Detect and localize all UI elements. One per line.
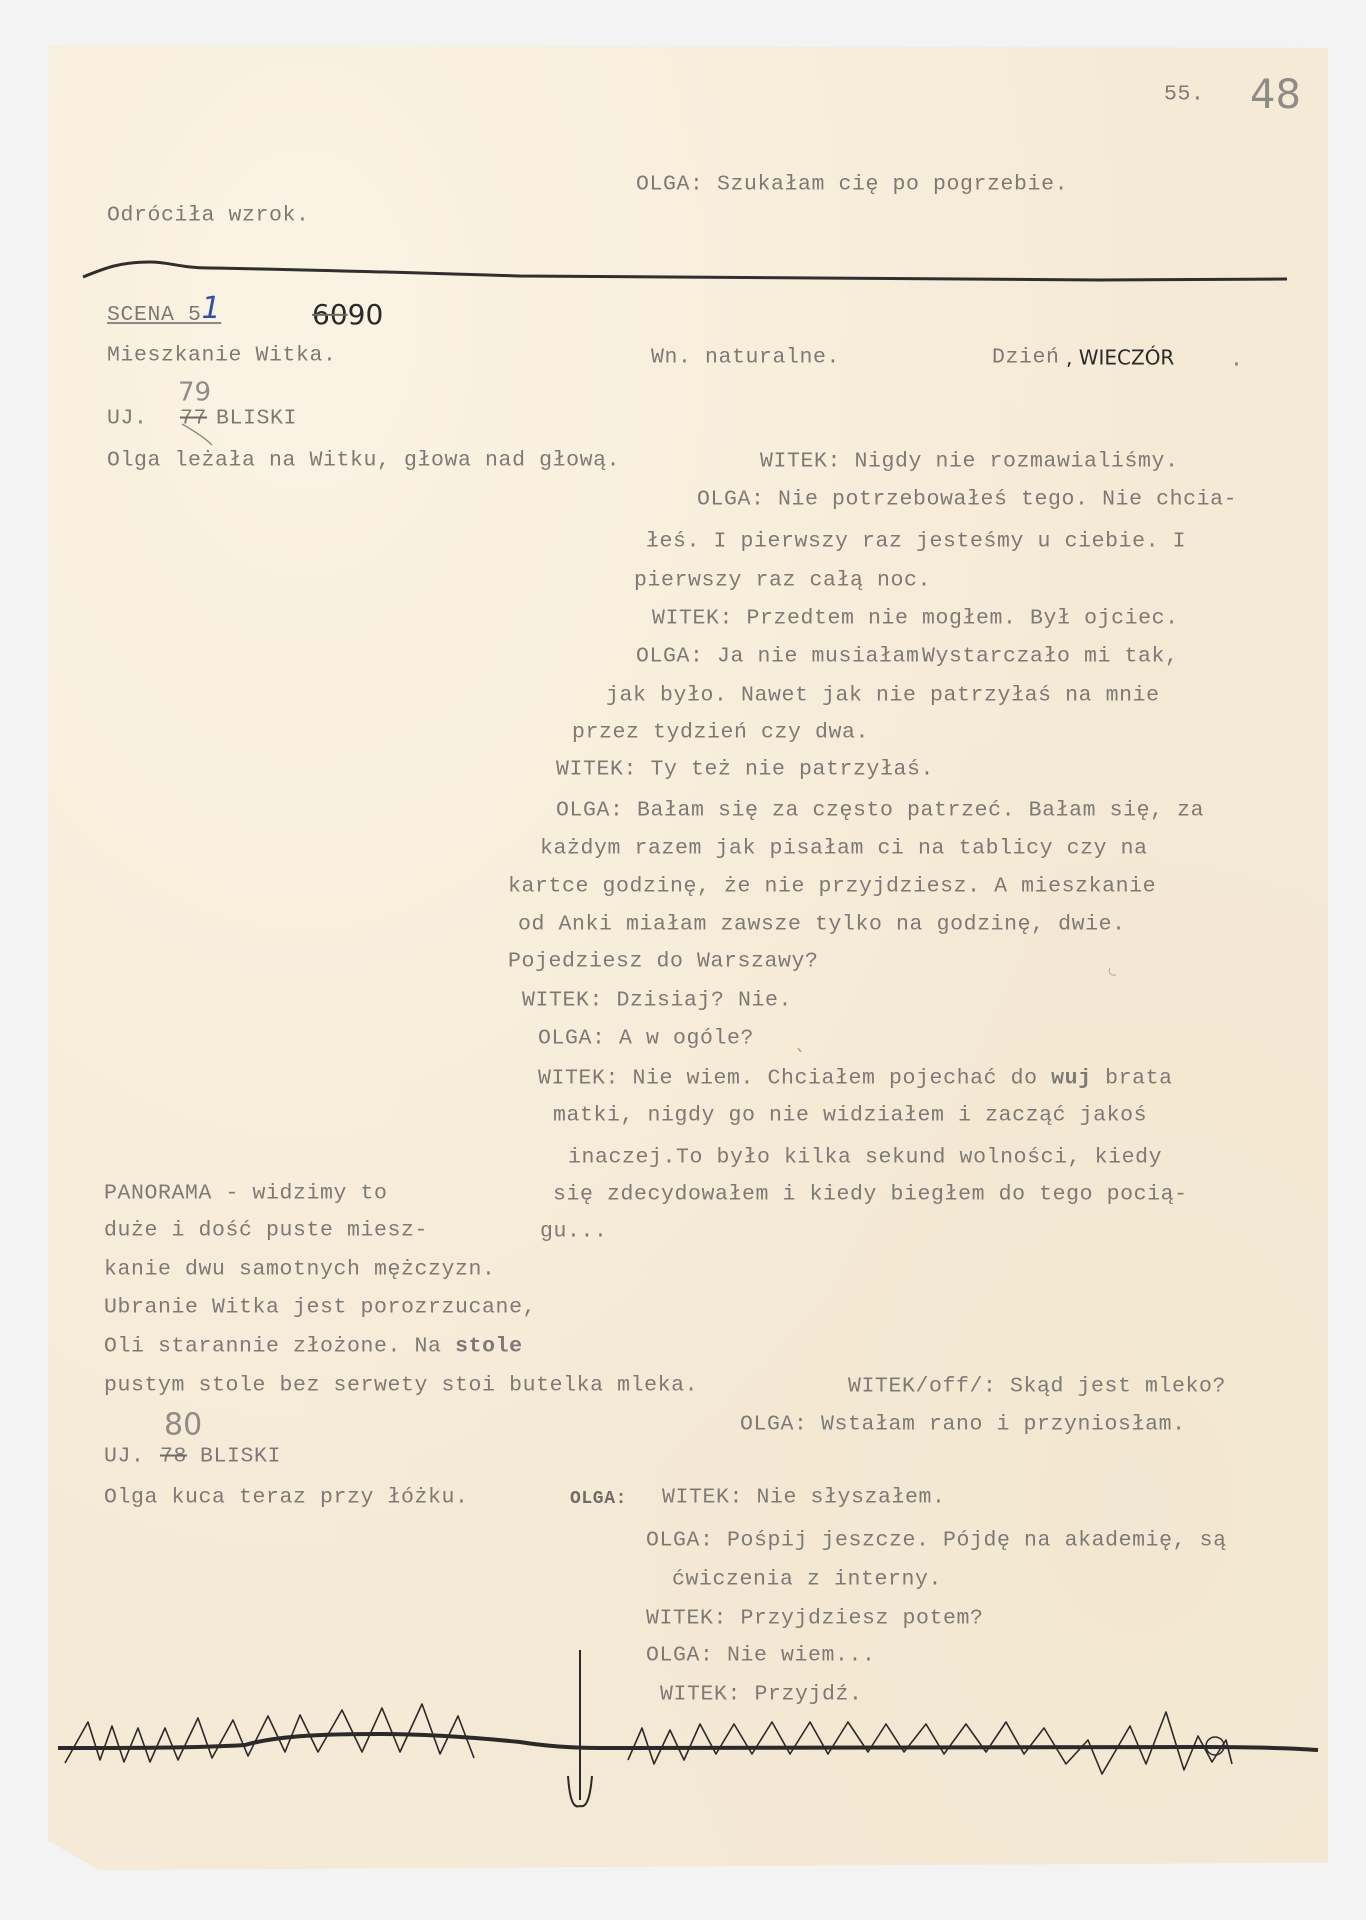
shot2-action: Olga kuca teraz przy łóżku.	[104, 1488, 469, 1510]
panorama-line: pustym stole bez serwety stoi butelka ml…	[104, 1376, 698, 1398]
shot1-number-crossed: 77	[180, 409, 207, 431]
dialogue-line: OLGA: Wstałam rano i przyniosłam.	[740, 1415, 1186, 1437]
struck-word: stole	[455, 1335, 523, 1359]
dialogue-line: OLGA: Nie wiem...	[646, 1646, 876, 1668]
scene-location: Mieszkanie Witka.	[107, 346, 337, 368]
typed-page-number: 55.	[1164, 85, 1205, 107]
dialogue-line: kartce godzinę, że nie przyjdziesz. A mi…	[508, 877, 1156, 899]
struck-speaker: OLGA:	[570, 1490, 627, 1508]
dialogue-line: WITEK: Nigdy nie rozmawialiśmy.	[760, 452, 1179, 474]
dialogue-line: Pojedziesz do Warszawy?	[508, 952, 819, 974]
dialogue-line: OLGA: Bałam się za często patrzeć. Bałam…	[556, 801, 1204, 823]
panorama-line: Ubranie Witka jest porozrzucane,	[104, 1298, 536, 1320]
struck-word: wuj	[1051, 1067, 1092, 1091]
footage-crossed: 60	[312, 298, 348, 331]
dialogue-line: WITEK/off/: Skąd jest mleko?	[848, 1377, 1226, 1399]
previous-action: Odróciła wzrok.	[107, 206, 310, 228]
scene-label-typed: SCENA 5	[107, 303, 202, 327]
dialogue-text: WITEK: Nie wiem. Chciałem pojechać do	[538, 1067, 1051, 1091]
dialogue-line: WITEK: Ty też nie patrzyłaś.	[556, 760, 934, 782]
dialogue-line: OLGA: A w ogóle?	[538, 1029, 754, 1051]
scene-label: SCENA 51	[107, 296, 221, 327]
dialogue-line: inaczej.To było kilka sekund wolności, k…	[568, 1148, 1162, 1170]
handwritten-page-number: 48	[1250, 75, 1301, 115]
scene-time: Dzień	[992, 348, 1060, 370]
dialogue-line: pierwszy raz całą noc.	[634, 571, 931, 593]
scene-interior: Wn. naturalne.	[651, 348, 840, 370]
dialogue-line: jak było. Nawet jak nie patrzyłaś na mni…	[606, 686, 1160, 708]
shot1-action: Olga leżała na Witku, głowa nad głową.	[107, 451, 620, 473]
dialogue-line: WITEK: Przyjdź.	[660, 1685, 863, 1707]
dialogue-line: WITEK: Dzisiaj? Nie.	[522, 991, 792, 1013]
panorama-line: kanie dwu samotnych mężczyzn.	[104, 1260, 496, 1282]
shot1-number-handwritten: 79	[178, 379, 211, 405]
previous-dialogue: OLGA: Szukałam cię po pogrzebie.	[636, 175, 1068, 197]
panorama-line: PANORAMA - widzimy to	[104, 1184, 388, 1206]
dialogue-line: WITEK: Nie wiem. Chciałem pojechać do wu…	[538, 1069, 1173, 1091]
dialogue-line: WITEK: Przyjdziesz potem?	[646, 1609, 984, 1631]
shot2-number-crossed: 78	[160, 1447, 187, 1469]
dialogue-line: matki, nigdy go nie widziałem i zacząć j…	[553, 1106, 1147, 1128]
shot2-prefix: UJ.	[104, 1447, 145, 1469]
scene-time-handwritten: , WIECZÓR	[1066, 348, 1174, 368]
dialogue-line: OLGA: Nie potrzebowałeś tego. Nie chcia-	[697, 490, 1237, 512]
scene-time-period: .	[1230, 351, 1244, 373]
scene-number-handwritten: 1	[202, 291, 222, 326]
shot1-type: BLISKI	[216, 409, 297, 431]
dialogue-line: WITEK: Przedtem nie mogłem. Był ojciec.	[652, 609, 1179, 631]
dialogue-line: się zdecydowałem i kiedy biegłem do tego…	[553, 1185, 1188, 1207]
panorama-line: Oli starannie złożone. Na stole	[104, 1337, 523, 1359]
shot1-prefix: UJ.	[107, 409, 148, 431]
dialogue-line-correction: Wystarczało mi tak,	[922, 647, 1179, 669]
dialogue-line: OLGA: Pośpij jeszcze. Pójdę na akademię,…	[646, 1531, 1227, 1553]
dialogue-line: łeś. I pierwszy raz jesteśmy u ciebie. I	[646, 532, 1186, 554]
shot2-number-handwritten: 80	[164, 1410, 202, 1440]
panorama-line: duże i dość puste miesz-	[104, 1221, 428, 1243]
dialogue-line: od Anki miałam zawsze tylko na godzinę, …	[518, 915, 1126, 937]
panorama-text: Oli starannie złożone. Na	[104, 1335, 455, 1359]
dialogue-line: gu...	[540, 1222, 608, 1244]
scene-time-typed: Dzień	[992, 346, 1060, 370]
dialogue-text: brata	[1092, 1067, 1173, 1091]
dialogue-line: ćwiczenia z interny.	[672, 1570, 942, 1592]
dialogue-line: WITEK: Nie słyszałem.	[662, 1488, 946, 1510]
scene-footage: 6090	[312, 301, 383, 329]
dialogue-line: każdym razem jak pisałam ci na tablicy c…	[540, 839, 1148, 861]
footage-handwritten: 90	[348, 298, 384, 331]
dialogue-line: przez tydzień czy dwa.	[572, 723, 869, 745]
shot2-type: BLISKI	[200, 1447, 281, 1469]
dialogue-line: OLGA: Ja nie musiałam.	[636, 647, 933, 669]
